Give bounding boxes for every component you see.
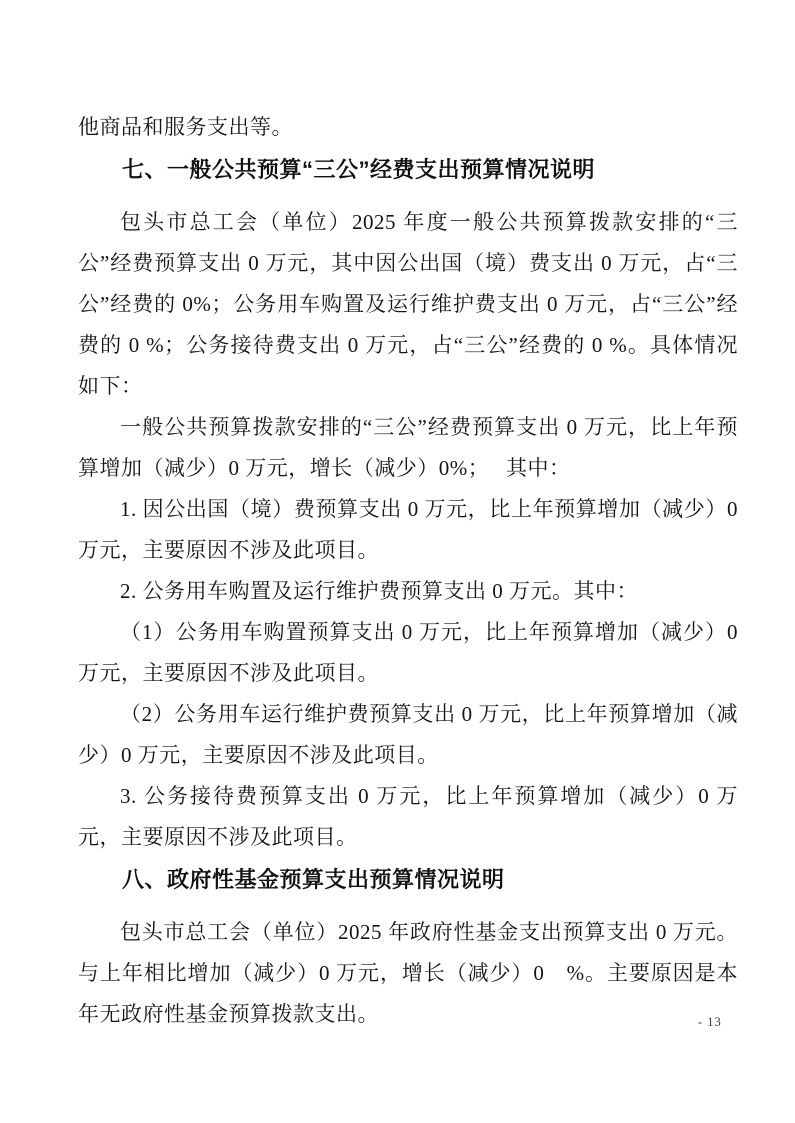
paragraph-sanGong-total: 一般公共预算拨款安排的“三公”经费预算支出 0 万元，比上年预算增加（减少）0 …	[78, 407, 738, 489]
page-number: - 13	[698, 1014, 722, 1030]
paragraph-item-2-vehicle: 2. 公务用车购置及运行维护费预算支出 0 万元。其中：	[78, 571, 738, 612]
paragraph-item-3-reception: 3. 公务接待费预算支出 0 万元，比上年预算增加（减少）0 万元，主要原因不涉…	[78, 776, 738, 858]
paragraph-item-2-1-vehicle-purchase: （1）公务用车购置预算支出 0 万元，比上年预算增加（减少）0 万元，主要原因不…	[78, 612, 738, 694]
leading-paragraph: 他商品和服务支出等。	[78, 107, 738, 148]
paragraph-item-2-2-vehicle-maintenance: （2）公务用车运行维护费预算支出 0 万元，比上年预算增加（减少）0 万元，主要…	[78, 694, 738, 776]
paragraph-sanGong-overview: 包头市总工会（单位）2025 年度一般公共预算拨款安排的“三公”经费预算支出 0…	[78, 202, 738, 407]
paragraph-item-1-abroad: 1. 因公出国（境）费预算支出 0 万元，比上年预算增加（减少）0 万元，主要原…	[78, 489, 738, 571]
section-heading-seven: 七、一般公共预算“三公”经费支出预算情况说明	[78, 149, 738, 190]
paragraph-gov-fund: 包头市总工会（单位）2025 年政府性基金支出预算支出 0 万元。与上年相比增加…	[78, 912, 738, 1035]
document-content: 他商品和服务支出等。 七、一般公共预算“三公”经费支出预算情况说明 包头市总工会…	[78, 107, 738, 1035]
section-heading-eight: 八、政府性基金预算支出预算情况说明	[78, 859, 738, 900]
document-page: 他商品和服务支出等。 七、一般公共预算“三公”经费支出预算情况说明 包头市总工会…	[0, 0, 795, 1123]
